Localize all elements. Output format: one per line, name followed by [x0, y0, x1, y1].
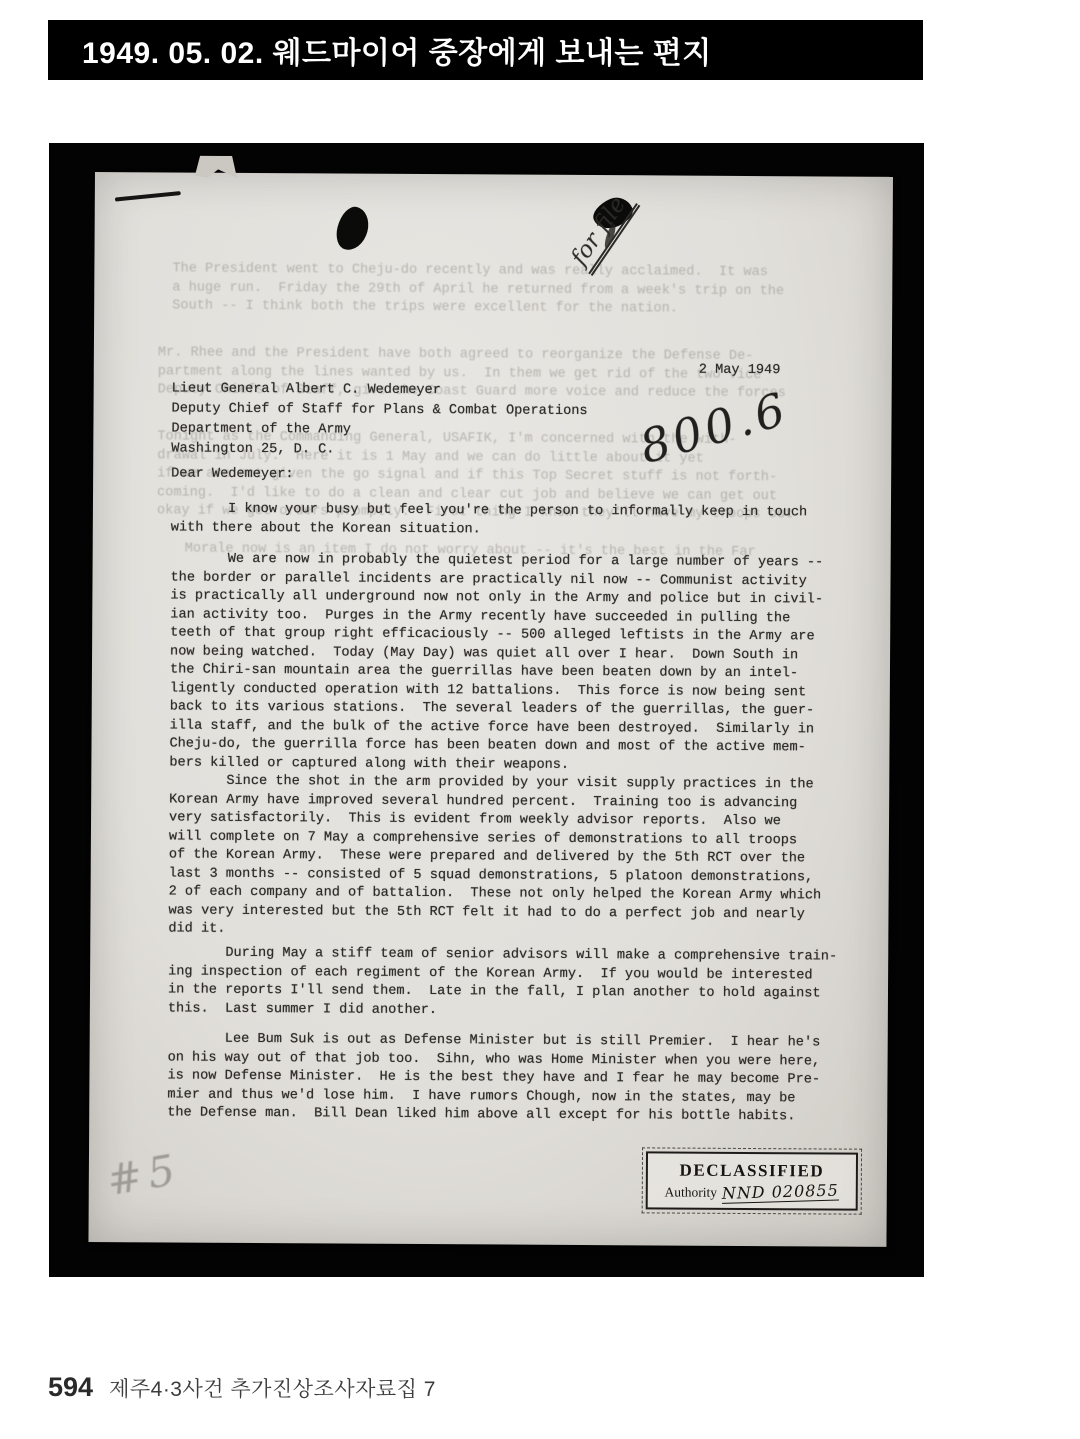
letter-paragraph: Since the shot in the arm provided by yo… [168, 772, 822, 942]
text-line: was very interested but the 5th RCT felt… [168, 902, 821, 924]
text-line: Washington 25, D. C. [171, 439, 587, 462]
text-line: Lieut General Albert C. Wedemeyer [172, 379, 588, 402]
stamp-title: DECLASSIFIED [679, 1160, 824, 1181]
letter-paragraph: Lee Bum Suk is out as Defense Minister b… [167, 1030, 820, 1126]
text-line: the Defense man. Bill Dean liked him abo… [167, 1104, 820, 1126]
declassified-stamp: DECLASSIFIED Authority NND 020855 [646, 1151, 858, 1210]
stamp-authority-number: NND 020855 [722, 1180, 840, 1203]
section-title: 1949. 05. 02. 웨드마이어 중장에게 보내는 편지 [48, 28, 712, 72]
page-footer: 594 제주4·3사건 추가진상조사자료집 7 [48, 1372, 436, 1403]
recipient-address: Lieut General Albert C. WedemeyerDeputy … [171, 379, 588, 462]
handwritten-page-mark: #5 [103, 1144, 184, 1205]
text-line: with there about the Korean situation. [171, 519, 807, 541]
footer-book-title: 제주4·3사건 추가진상조사자료집 7 [109, 1373, 436, 1403]
torn-paper-tab [195, 156, 237, 178]
letter-paragraph: We are now in probably the quietest peri… [169, 550, 823, 776]
stamp-authority-label: Authority [664, 1184, 717, 1200]
letter-paragraph: During May a stiff team of senior adviso… [168, 944, 837, 1022]
text-line: Deputy Chief of Staff for Plans & Combat… [171, 399, 587, 422]
stamp-authority-line: Authority NND 020855 [664, 1181, 839, 1202]
letter-paper: The President went to Cheju-do recently … [88, 172, 893, 1247]
section-header-bar: 1949. 05. 02. 웨드마이어 중장에게 보내는 편지 [48, 20, 923, 80]
bleedthrough-text: The President went to Cheju-do recently … [172, 260, 784, 319]
text-line: South -- I think both the trips were exc… [172, 297, 784, 319]
letter-date: 2 May 1949 [699, 362, 781, 381]
document-photo: The President went to Cheju-do recently … [49, 143, 924, 1277]
text-line: Department of the Army [171, 419, 587, 442]
letter-paragraph: I know your busy but feel you're the per… [171, 500, 808, 541]
pen-mark [115, 191, 181, 201]
punch-hole-ink-blob [333, 204, 373, 254]
salutation: Dear Wedemeyer: [171, 465, 293, 484]
footer-page-number: 594 [48, 1372, 93, 1403]
